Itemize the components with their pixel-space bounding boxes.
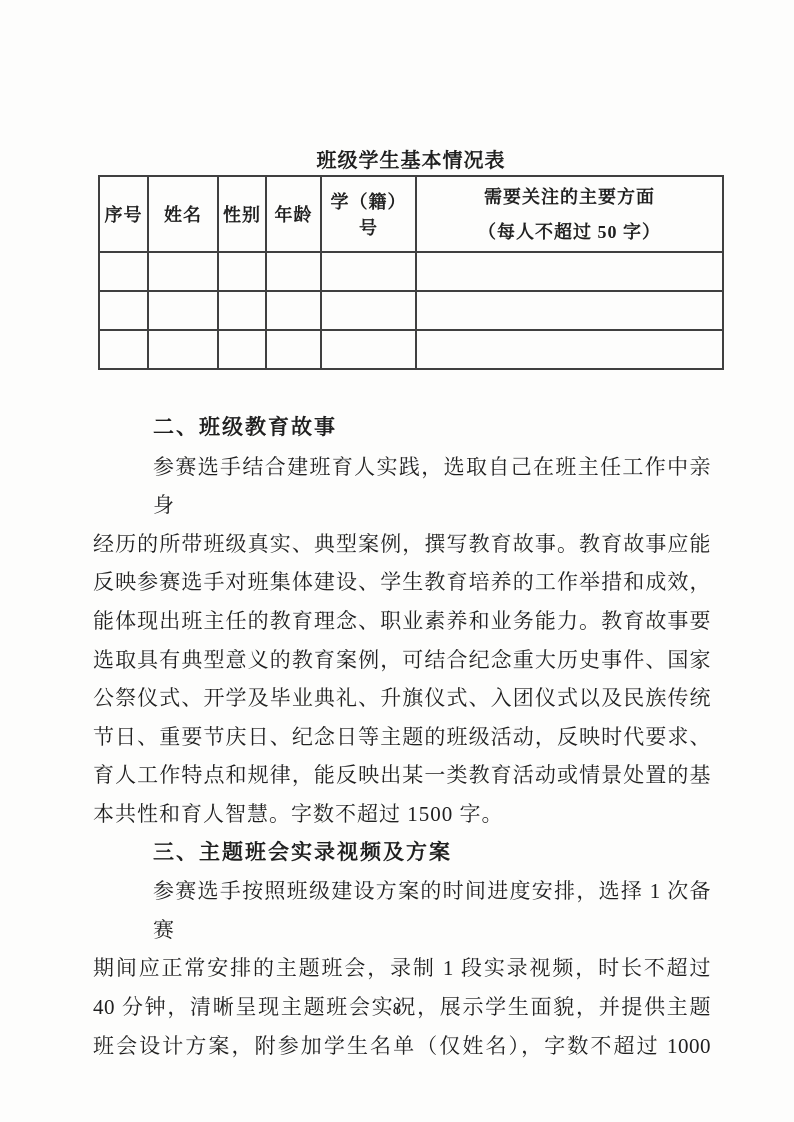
attention-header-line2: （每人不超过 50 字）: [417, 219, 722, 245]
col-header-gender: 性别: [218, 176, 266, 252]
empty-cell: [266, 291, 321, 330]
empty-cell: [321, 252, 416, 291]
text-line: 节日、重要节庆日、纪念日等主题的班级活动，反映时代要求、: [93, 718, 711, 757]
empty-cell: [266, 252, 321, 291]
empty-cell: [266, 330, 321, 369]
empty-cell: [416, 291, 723, 330]
text-line: 反映参赛选手对班集体建设、学生教育培养的工作举措和成效，: [93, 563, 711, 602]
table-header-row: 序号 姓名 性别 年龄 学（籍）号 需要关注的主要方面 （每人不超过 50 字）: [99, 176, 723, 252]
text-line: 本共性和育人智慧。字数不超过 1500 字。: [93, 795, 711, 834]
attention-header-text: 需要关注的主要方面 （每人不超过 50 字）: [417, 184, 722, 245]
page-number: 8: [0, 999, 794, 1019]
col-header-age: 年龄: [266, 176, 321, 252]
text-line: 期间应正常安排的主题班会，录制 1 段实录视频，时长不超过: [93, 949, 711, 988]
table-row: [99, 252, 723, 291]
text-line: 参赛选手按照班级建设方案的时间进度安排，选择 1 次备赛: [93, 872, 711, 949]
empty-cell: [218, 291, 266, 330]
text-line: 参赛选手结合建班育人实践，选取自己在班主任工作中亲身: [93, 448, 711, 525]
section-heading-3: 三、主题班会实录视频及方案: [93, 834, 711, 873]
student-info-table: 序号 姓名 性别 年龄 学（籍）号 需要关注的主要方面 （每人不超过 50 字）: [98, 175, 724, 370]
body-text: 二、班级教育故事 参赛选手结合建班育人实践，选取自己在班主任工作中亲身 经历的所…: [93, 409, 711, 1065]
text-line: 选取具有典型意义的教育案例，可结合纪念重大历史事件、国家: [93, 641, 711, 680]
empty-cell: [148, 330, 218, 369]
section-heading-2: 二、班级教育故事: [93, 409, 711, 448]
text-line: 公祭仪式、开学及毕业典礼、升旗仪式、入团仪式以及民族传统: [93, 679, 711, 718]
document-page: 班级学生基本情况表 序号 姓名 性别 年龄 学（籍）号 需要关注的主要方面 （每…: [0, 0, 794, 1122]
text-line: 能体现出班主任的教育理念、职业素养和业务能力。教育故事要: [93, 602, 711, 641]
col-header-student-id: 学（籍）号: [321, 176, 416, 252]
empty-cell: [99, 252, 148, 291]
table-row: [99, 291, 723, 330]
empty-cell: [218, 252, 266, 291]
empty-cell: [416, 252, 723, 291]
text-line: 经历的所带班级真实、典型案例，撰写教育故事。教育故事应能: [93, 525, 711, 564]
attention-header-line1: 需要关注的主要方面: [417, 184, 722, 210]
table-title: 班级学生基本情况表: [98, 144, 724, 173]
empty-cell: [148, 252, 218, 291]
empty-cell: [321, 330, 416, 369]
text-line: 育人工作特点和规律，能反映出某一类教育活动或情景处置的基: [93, 756, 711, 795]
table-row: [99, 330, 723, 369]
empty-cell: [99, 291, 148, 330]
empty-cell: [99, 330, 148, 369]
empty-cell: [148, 291, 218, 330]
text-line: 班会设计方案，附参加学生名单（仅姓名），字数不超过 1000: [93, 1027, 711, 1066]
empty-cell: [218, 330, 266, 369]
col-header-serial: 序号: [99, 176, 148, 252]
col-header-name: 姓名: [148, 176, 218, 252]
col-header-attention: 需要关注的主要方面 （每人不超过 50 字）: [416, 176, 723, 252]
empty-cell: [416, 330, 723, 369]
empty-cell: [321, 291, 416, 330]
